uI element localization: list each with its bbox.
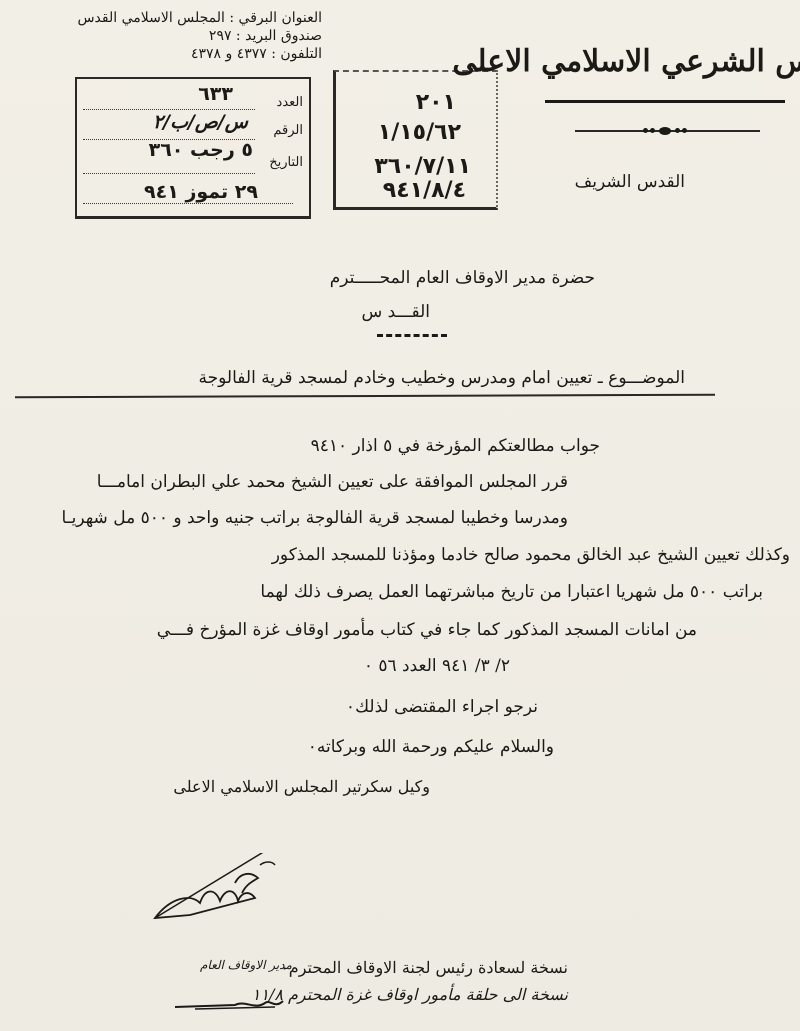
ref-label: الرقم xyxy=(273,123,303,138)
stamp-line-1: ٢٠١ xyxy=(416,90,456,115)
dotted-line xyxy=(83,109,255,110)
scanned-letter-page: العنوان البرقي : المجلس الاسلامي القدس ص… xyxy=(0,0,800,1031)
body-line: جواب مطالعتكم المؤرخة في ٥ اذار ٩٤١٠ xyxy=(311,436,600,456)
date-hijri: ٥ رجب ٣٦٠ xyxy=(149,139,253,161)
letterhead-city: القدس الشريف xyxy=(575,172,685,192)
number-value: ٦٣٣ xyxy=(198,83,233,105)
body-line: قرر المجلس الموافقة على تعيين الشيخ محمد… xyxy=(97,472,568,492)
ref-row-date: التاريخ ٥ رجب ٣٦٠ xyxy=(83,145,303,175)
ref-value: س/ص/ب/٢ xyxy=(153,111,248,133)
handwritten-note: مدير الاوقاف العام xyxy=(200,958,292,972)
subject-line: الموضـــوع ـ تعيين امام ومدرس وخطيب وخاد… xyxy=(199,368,685,388)
date-label: التاريخ xyxy=(269,155,303,170)
telegraph-address: العنوان البرقي : المجلس الاسلامي القدس xyxy=(77,10,322,27)
reference-box: العدد ٦٣٣ الرقم س/ص/ب/٢ التاريخ ٥ رجب ٣٦… xyxy=(75,77,311,219)
ref-row-date-greg: ٢٩ تموز ٩٤١ xyxy=(83,179,303,209)
dotted-line xyxy=(83,173,255,174)
copy-to-gaza-officer: نسخة الى حلقة مأمور اوقاف غزة المحترم ١١… xyxy=(252,985,568,1004)
city-underline xyxy=(377,334,447,337)
stamp-line-2: ١/١٥/٦٢ xyxy=(378,120,461,145)
body-line: براتب ٥٠٠ مل شهريا اعتبارا من تاريخ مباش… xyxy=(260,582,763,602)
handwritten-scribble-icon xyxy=(175,995,295,1015)
body-line: ٢/ ٣/ ٩٤١ العدد ٥٦ ٠ xyxy=(364,656,510,676)
po-box: صندوق البريد : ٢٩٧ xyxy=(209,28,322,45)
stamp-line-3: ٣٦٠/٧/١١ xyxy=(374,154,471,179)
received-stamp: ٢٠١ ١/١٥/٦٢ ٣٦٠/٧/١١ ٩٤١/٨/٤ xyxy=(333,70,498,210)
subject-rule xyxy=(15,394,715,398)
addressee-city: القـــد س xyxy=(361,302,430,322)
ref-row-number: العدد ٦٣٣ xyxy=(83,83,303,113)
body-line: ومدرسا وخطيبا لمسجد قرية الفالوجة براتب … xyxy=(61,508,568,528)
copy-to-committee: نسخة لسعادة رئيس لجنة الاوقاف المحترم٠ xyxy=(280,958,568,977)
addressee: حضرة مدير الاوقاف العام المحـــــترم xyxy=(330,268,595,288)
body-line: من امانات المسجد المذكور كما جاء في كتاب… xyxy=(157,620,697,640)
stamp-line-4: ٩٤١/٨/٤ xyxy=(383,178,466,203)
handwritten-signature-icon xyxy=(150,853,280,923)
council-calligraphy-logo: المجلس الشرعي الاسلامي الاعلى xyxy=(545,22,785,103)
date-gregorian: ٢٩ تموز ٩٤١ xyxy=(144,181,258,203)
body-line: وكذلك تعيين الشيخ عبد الخالق محمود صالح … xyxy=(272,545,790,565)
ornamental-divider xyxy=(575,130,760,132)
signatory-title: وكيل سكرتير المجلس الاسلامي الاعلى xyxy=(173,777,430,796)
dotted-line xyxy=(83,203,293,204)
body-line: والسلام عليكم ورحمة الله وبركاته٠ xyxy=(308,737,554,757)
number-label: العدد xyxy=(277,95,303,110)
body-line: نرجو اجراء المقتضى لذلك٠ xyxy=(346,697,538,717)
phone-numbers: التلفون : ٤٣٧٧ و ٤٣٧٨ xyxy=(191,46,322,63)
